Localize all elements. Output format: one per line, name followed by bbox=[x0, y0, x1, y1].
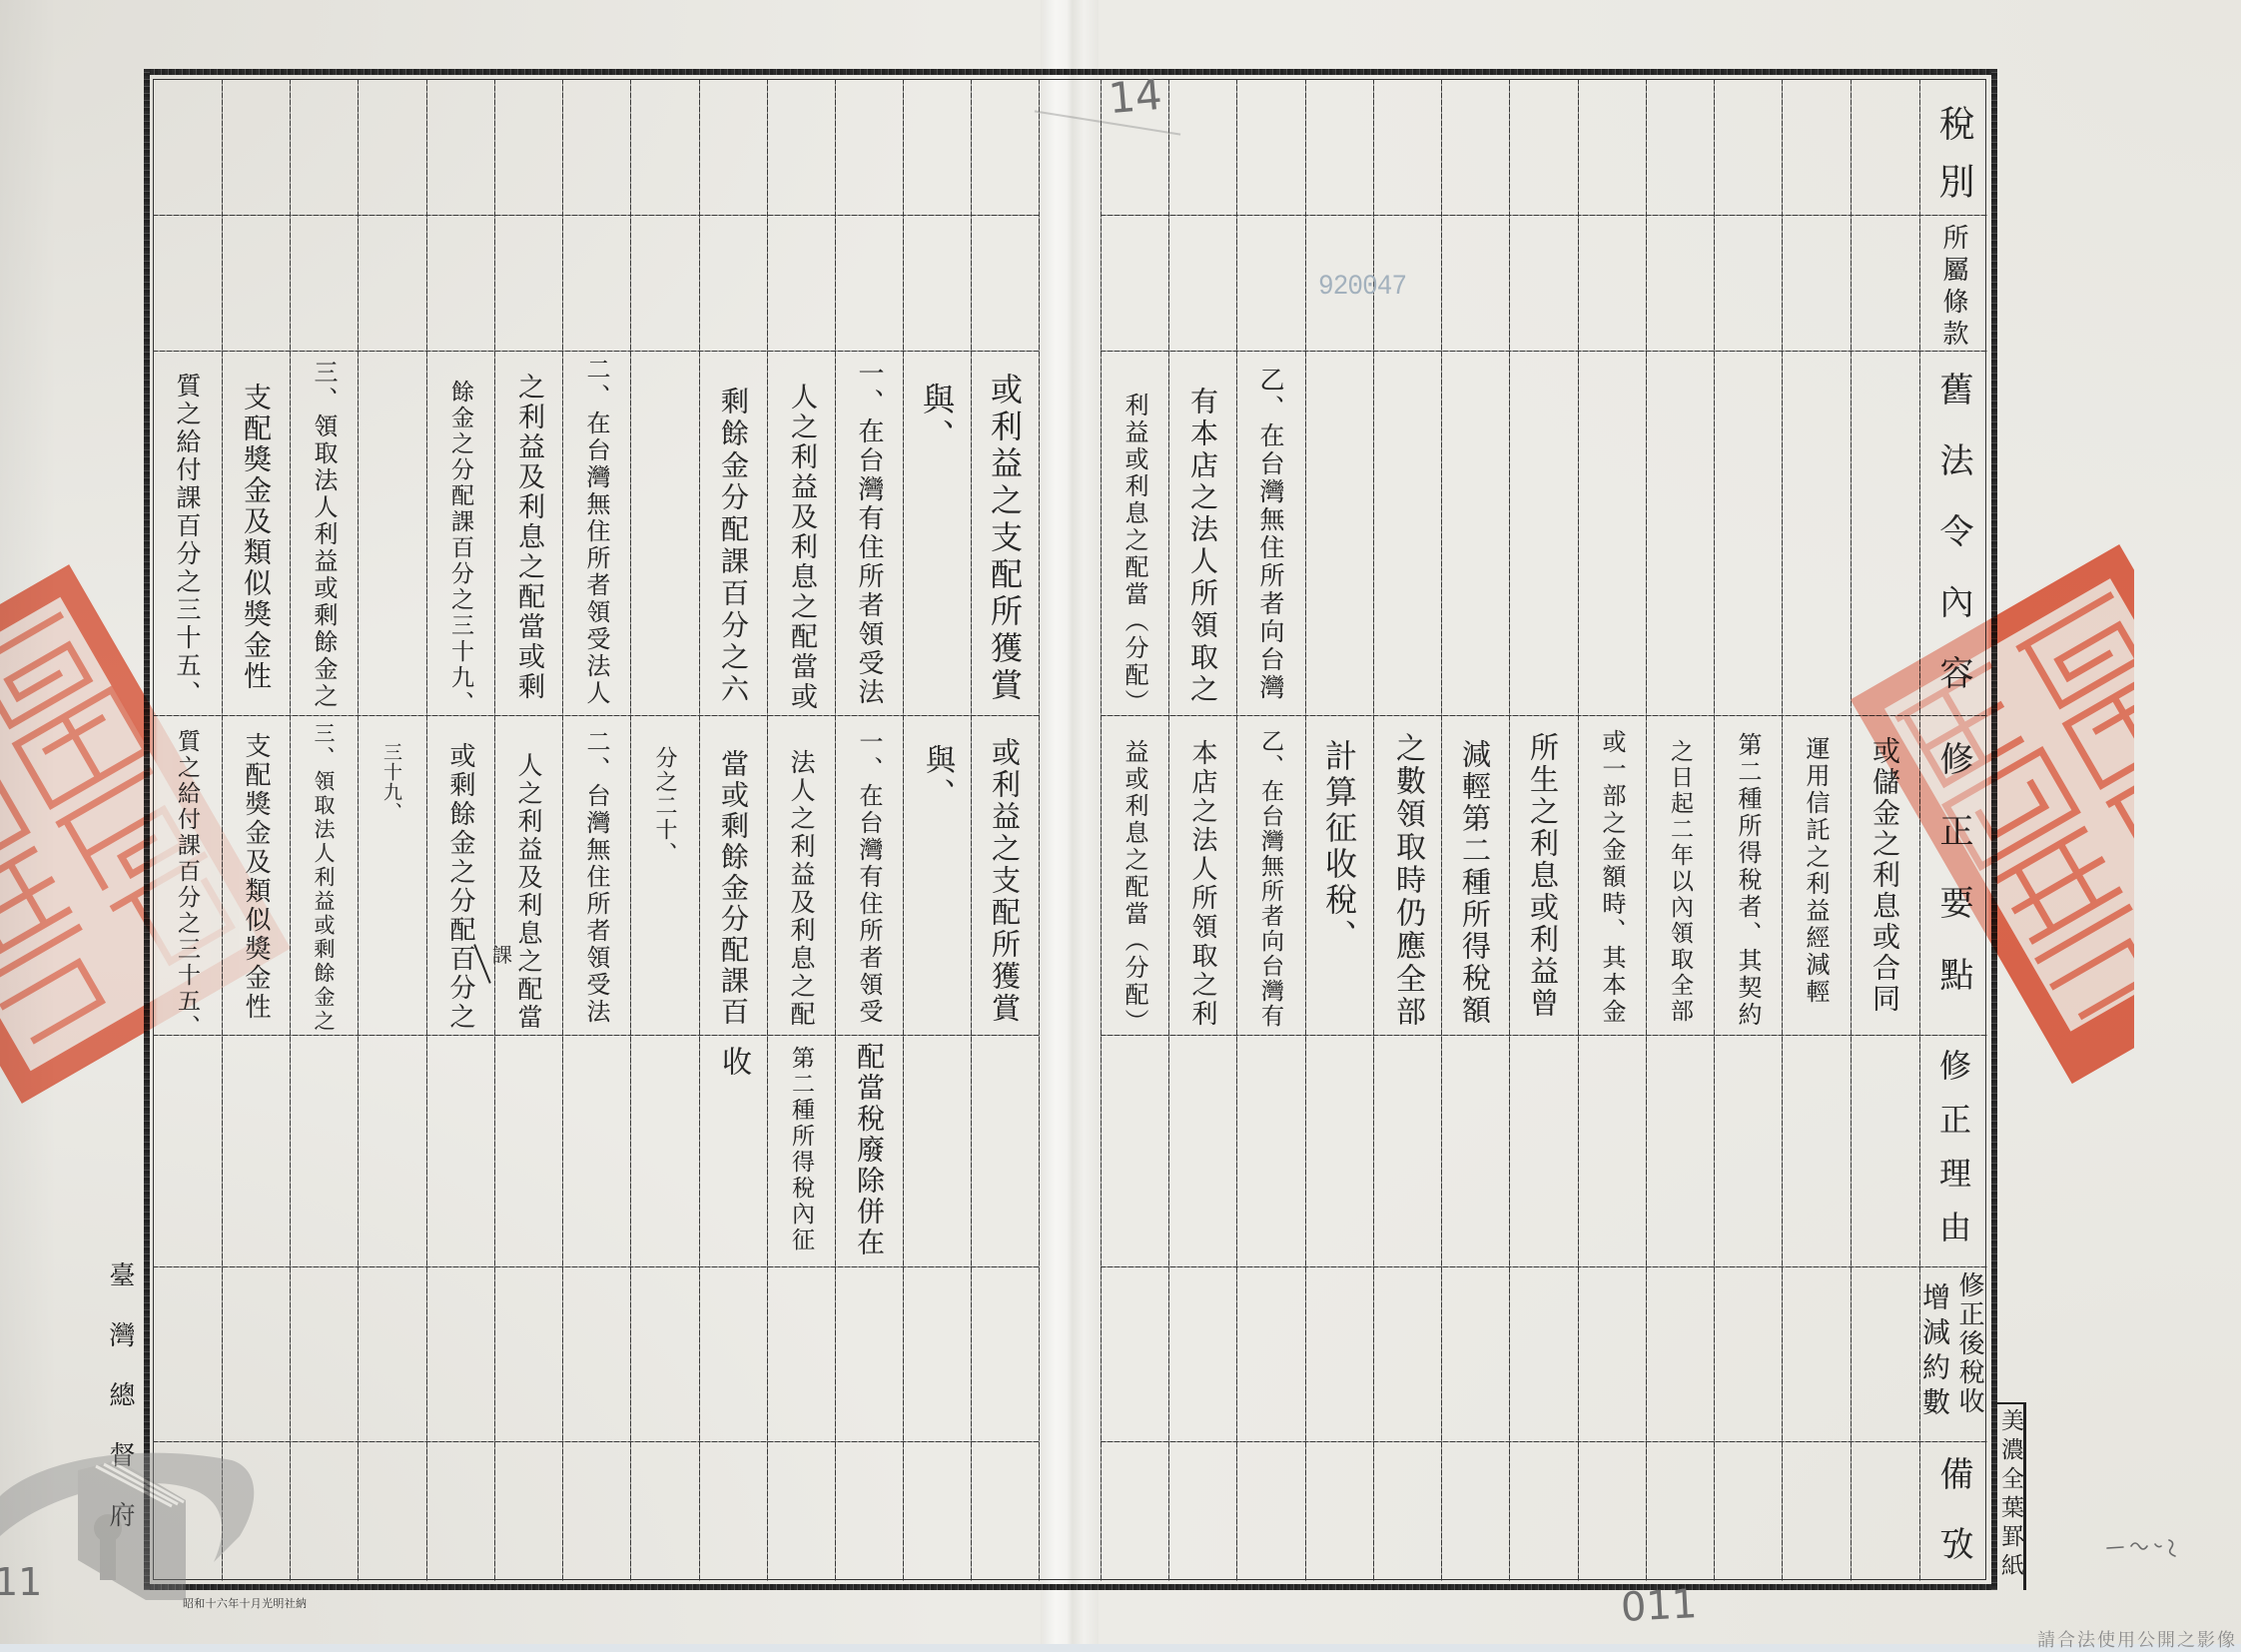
red-seal-stamp-left bbox=[0, 559, 330, 1129]
header-revenue-change-line1: 修正後稅收 bbox=[1952, 1271, 1986, 1416]
amendment-reason-text: 第二種所得稅內征 bbox=[767, 1046, 835, 1253]
amendment-point-text: 益或利息之配當（分配） bbox=[1101, 739, 1168, 1036]
old-law-text: 二、在台灣無住所者領受法人 bbox=[562, 357, 630, 707]
paper-label-box-top bbox=[1997, 1402, 2026, 1404]
old-law-text: 人之利益及利息之配當或 bbox=[767, 383, 835, 712]
header-clause: 所屬條款 bbox=[1919, 224, 1987, 352]
old-law-text: 與、 bbox=[903, 383, 971, 454]
amendment-point-text: 或利益之支配所獲賞 bbox=[971, 737, 1039, 1025]
amendment-point-text: 或一部之金額時、其本金 bbox=[1578, 729, 1646, 1026]
row-line bbox=[153, 351, 1039, 352]
row-line bbox=[1101, 1266, 1987, 1267]
old-law-text: 剩餘金分配課百分之六 bbox=[699, 387, 767, 706]
seal-glyphs-icon bbox=[0, 564, 291, 1104]
inserted-character: 課 bbox=[492, 939, 512, 968]
amendment-point-text: 人之利益及利息之配當 bbox=[494, 752, 562, 1032]
amendment-point-text: 與、 bbox=[903, 744, 971, 812]
frame-bottom-border bbox=[144, 1584, 1997, 1590]
paper-label: 美濃全葉罫紙 bbox=[1993, 1408, 2027, 1582]
amendment-point-text: 二、台灣無住所者領受法 bbox=[562, 729, 630, 1026]
old-law-text: 之利益及利息之配當或剩 bbox=[494, 373, 562, 702]
old-law-text: 餘金之分配課百分之三十九、 bbox=[426, 380, 494, 717]
handwritten-page-number: 14 bbox=[1107, 70, 1164, 123]
archive-logo-icon bbox=[0, 1438, 262, 1608]
frame-top-border bbox=[144, 69, 1997, 75]
row-line bbox=[1101, 1441, 1987, 1442]
red-seal-stamp-right bbox=[1798, 499, 2134, 1139]
header-remarks: 備攷 bbox=[1919, 1456, 1987, 1596]
row-line bbox=[1101, 215, 1987, 216]
amendment-point-text: 之日起二年以內領取全部 bbox=[1646, 739, 1714, 1025]
grid-line bbox=[903, 79, 904, 1581]
amendment-point-text: 當或剩餘金分配課百 bbox=[699, 749, 767, 1028]
grid-line bbox=[358, 79, 359, 1581]
archive-stamp-number: 920047 bbox=[1318, 272, 1406, 303]
amendment-point-text: 減輕第二種所得稅額 bbox=[1441, 739, 1509, 1027]
amendment-reason-text: 收 bbox=[699, 1046, 767, 1076]
header-tax-type: 稅別 bbox=[1919, 105, 1987, 221]
old-law-text: 利益或利息之配當（分配） bbox=[1101, 393, 1168, 716]
old-law-text: 有本店之法人所領取之 bbox=[1168, 387, 1236, 706]
amendment-point-text: 三十九、 bbox=[358, 742, 425, 822]
scan-bottom-strip bbox=[0, 1644, 2241, 1652]
row-line bbox=[153, 1441, 1039, 1442]
row-line bbox=[1101, 351, 1987, 352]
seal-glyphs-icon bbox=[1851, 544, 2134, 1084]
amendment-point-text: 之數領取時仍應全部 bbox=[1373, 732, 1441, 1029]
row-line bbox=[153, 215, 1039, 216]
amendment-point-text: 本店之法人所領取之利 bbox=[1168, 739, 1236, 1029]
amendment-point-text: 法人之利益及利息之配 bbox=[767, 749, 835, 1029]
amendment-point-text: 或剩餘金之分配百分之 bbox=[426, 742, 494, 1032]
amendment-point-text: 乙、在台灣無所者向台灣有 bbox=[1236, 729, 1304, 1029]
old-law-text: 乙、在台灣無住所者向台灣 bbox=[1236, 367, 1304, 702]
amendment-point-text: 第二種所得稅者、其契約 bbox=[1714, 732, 1782, 1029]
old-law-text: 一、在台灣有住所者領受法 bbox=[835, 360, 903, 707]
amendment-point-text: 分之二十、 bbox=[630, 746, 698, 866]
old-law-text: 或利益之支配所獲賞 bbox=[971, 373, 1039, 705]
amendment-point-text: 計算征收稅、 bbox=[1305, 739, 1373, 955]
amendment-point-text: 所生之利息或利益曾 bbox=[1509, 732, 1577, 1020]
amendment-reason-text: 配當稅廢除併在 bbox=[835, 1042, 903, 1258]
header-revenue-change-line2: 增減約數 bbox=[1917, 1282, 1951, 1422]
grid-line bbox=[1039, 79, 1040, 1581]
row-line bbox=[153, 1266, 1039, 1267]
pencil-scribble bbox=[2105, 1534, 2185, 1558]
usage-watermark: 請合法使用公開之影像 bbox=[2037, 1626, 2237, 1652]
folio-number: 011 bbox=[1620, 1581, 1699, 1631]
amendment-point-text: 一、在台灣有住所者領受 bbox=[835, 729, 903, 1026]
